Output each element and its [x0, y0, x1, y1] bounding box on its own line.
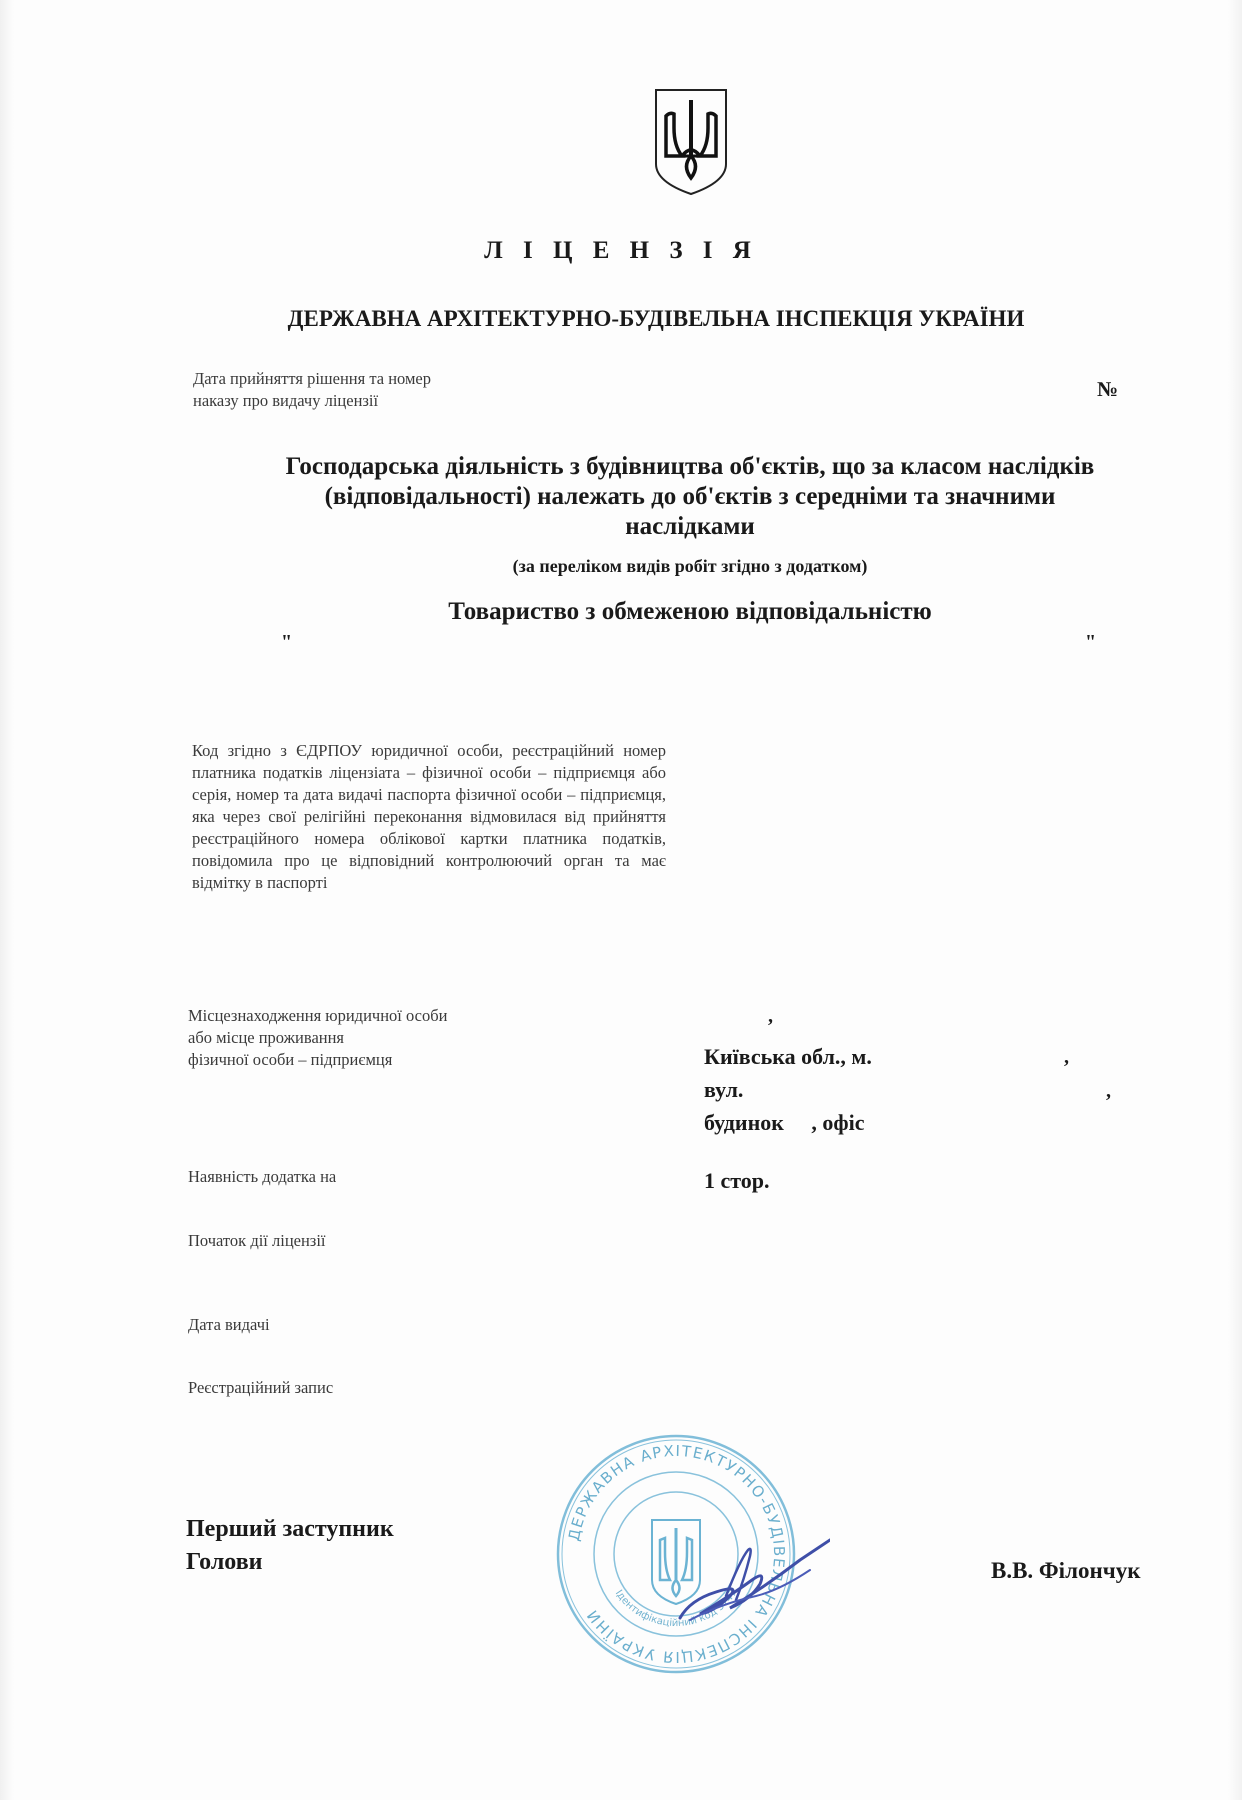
registry-record-label: Реєстраційний запис — [188, 1377, 333, 1399]
address-comma: , — [1064, 1046, 1069, 1069]
licensee-legal-form: Товариство з обмеженою відповідальністю — [200, 598, 1180, 626]
address-comma: , — [768, 1005, 773, 1028]
address-region: Київська обл., м. — [704, 1040, 872, 1073]
licensee-quote-open: " — [281, 631, 292, 654]
address-label: Місцезнаходження юридичної особи або міс… — [188, 1005, 447, 1071]
address-label-line2: або місце проживання — [188, 1027, 447, 1049]
order-number-sign: № — [1097, 377, 1118, 402]
address-label-line3: фізичної особи – підприємця — [188, 1049, 447, 1071]
address-comma: , — [1106, 1080, 1111, 1103]
signer-position-line1: Перший заступник — [186, 1513, 394, 1546]
trident-coat-of-arms-icon — [652, 86, 730, 198]
activity-line3: наслідками — [200, 512, 1180, 542]
licensee-quote-close: " — [1085, 631, 1096, 654]
address-label-line1: Місцезнаходження юридичної особи — [188, 1005, 447, 1027]
activity-line1: Господарська діяльність з будівництва об… — [200, 452, 1180, 482]
address-building: будинок , офіс — [704, 1106, 872, 1139]
license-start-label: Початок дії ліцензії — [188, 1230, 326, 1252]
address-value: Київська обл., м. вул. будинок , офіс — [704, 1040, 872, 1139]
annex-label: Наявність додатка на — [188, 1166, 336, 1188]
handwritten-signature-icon — [670, 1500, 830, 1630]
address-street: вул. — [704, 1073, 872, 1106]
activity-note: (за переліком видів робіт згідно з додат… — [200, 556, 1180, 577]
signer-position: Перший заступник Голови — [186, 1513, 394, 1579]
signer-position-line2: Голови — [186, 1546, 394, 1579]
decision-label-line1: Дата прийняття рішення та номер — [193, 368, 431, 390]
decision-label: Дата прийняття рішення та номер наказу п… — [193, 368, 431, 412]
issuing-authority: ДЕРЖАВНА АРХІТЕКТУРНО-БУДІВЕЛЬНА ІНСПЕКЦ… — [0, 306, 1242, 332]
annex-value: 1 стор. — [704, 1168, 770, 1194]
edrpou-label: Код згідно з ЄДРПОУ юридичної особи, реє… — [192, 740, 666, 894]
activity-description: Господарська діяльність з будівництва об… — [200, 452, 1180, 542]
issue-date-label: Дата видачі — [188, 1314, 270, 1336]
document-title: Л І Ц Е Н З І Я — [0, 237, 1242, 265]
decision-label-line2: наказу про видачу ліцензії — [193, 390, 431, 412]
activity-line2: (відповідальності) належать до об'єктів … — [200, 482, 1180, 512]
signer-name: В.В. Філончук — [991, 1558, 1140, 1584]
